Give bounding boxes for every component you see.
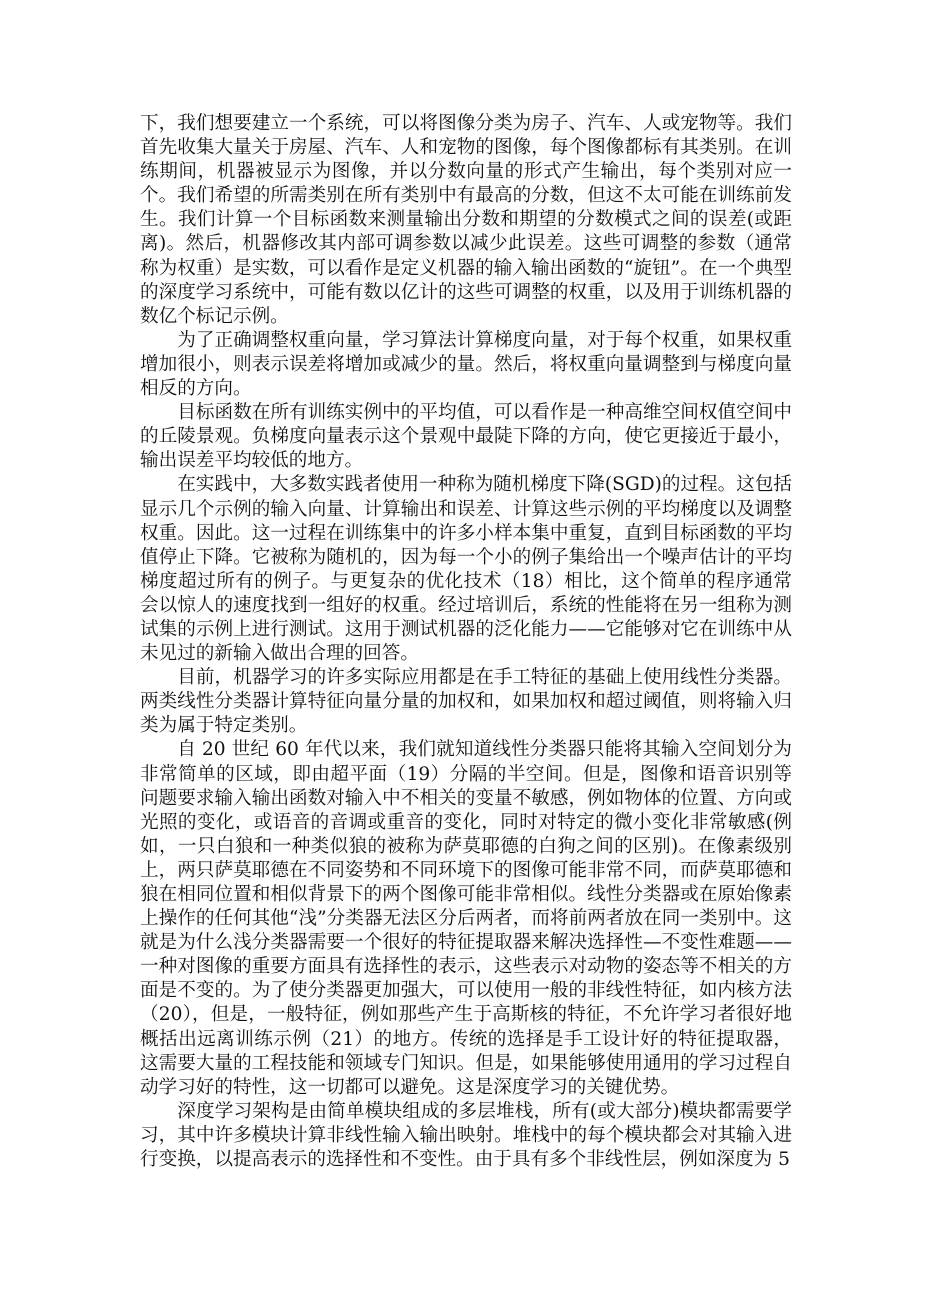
paragraph-feature-extractors: 自 20 世纪 60 年代以来，我们就知道线性分类器只能将其输入空间划分为非常简… xyxy=(140,738,792,1099)
paragraph-sgd: 在实践中，大多数实践者使用一种称为随机梯度下降(SGD)的过程。这包括显示几个示… xyxy=(140,473,792,666)
paragraph-objective-landscape: 目标函数在所有训练实例中的平均值，可以看作是一种高维空间权值空间中的丘陵景观。负… xyxy=(140,401,792,473)
body-text: 下，我们想要建立一个系统，可以将图像分类为房子、汽车、人或宠物等。我们首先收集大… xyxy=(140,112,792,1172)
paragraph-linear-classifiers: 目前，机器学习的许多实际应用都是在手工特征的基础上使用线性分类器。两类线性分类器… xyxy=(140,666,792,738)
paragraph-gradient-adjustment: 为了正确调整权重向量，学习算法计算梯度向量，对于每个权重，如果权重增加很小，则表… xyxy=(140,329,792,401)
paragraph-continuation: 下，我们想要建立一个系统，可以将图像分类为房子、汽车、人或宠物等。我们首先收集大… xyxy=(140,112,792,329)
document-page: 下，我们想要建立一个系统，可以将图像分类为房子、汽车、人或宠物等。我们首先收集大… xyxy=(0,0,926,1309)
paragraph-deep-architecture: 深度学习架构是由简单模块组成的多层堆栈，所有(或大部分)模块都需要学习，其中许多… xyxy=(140,1100,792,1172)
